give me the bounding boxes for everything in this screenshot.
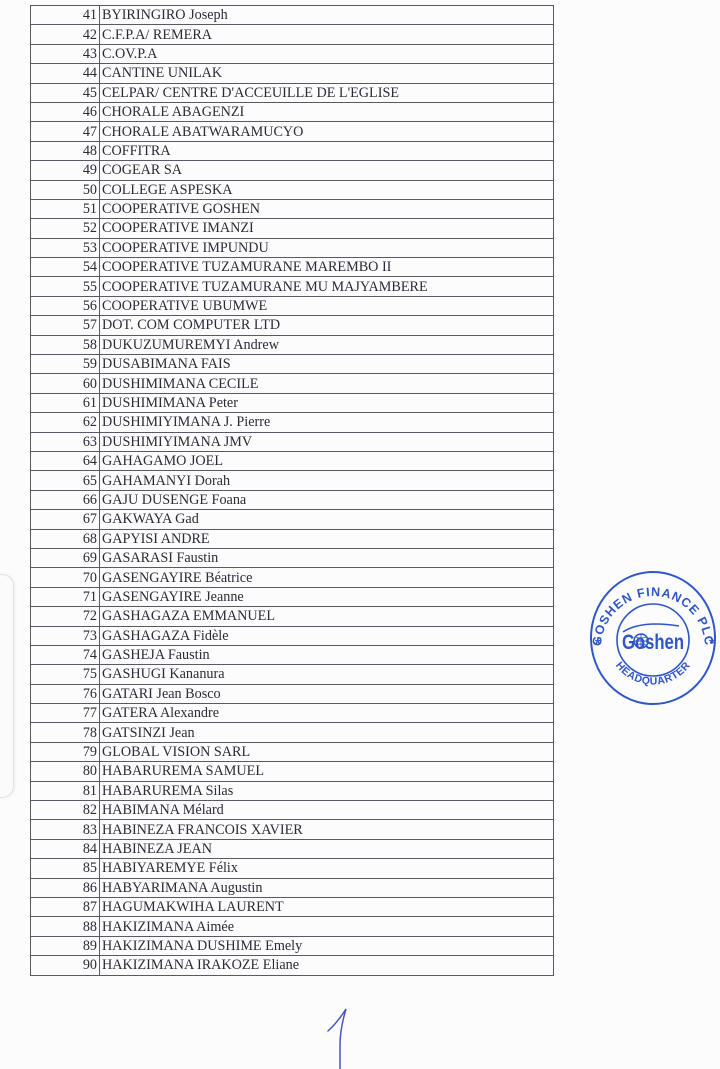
- row-number: 51: [31, 199, 100, 218]
- row-name: HABIYAREMYE Félix: [100, 859, 554, 878]
- table-row: 85HABIYAREMYE Félix: [31, 859, 554, 878]
- row-number: 83: [31, 820, 100, 839]
- stamp-logo-text: Goshen: [622, 631, 684, 654]
- row-number: 68: [31, 529, 100, 548]
- row-name: COOPERATIVE GOSHEN: [100, 199, 554, 218]
- row-number: 47: [31, 122, 100, 141]
- table-row: 57DOT. COM COMPUTER LTD: [31, 316, 554, 335]
- row-name: DUKUZUMUREMYI Andrew: [100, 335, 554, 354]
- table-row: 75GASHUGI Kananura: [31, 665, 554, 684]
- row-number: 60: [31, 374, 100, 393]
- table-row: 48COFFITRA: [31, 141, 554, 160]
- table-row: 74GASHEJA Faustin: [31, 645, 554, 664]
- row-number: 59: [31, 355, 100, 374]
- table-row: 69GASARASI Faustin: [31, 548, 554, 567]
- table-row: 59DUSABIMANA FAIS: [31, 355, 554, 374]
- row-name: GATSINZI Jean: [100, 723, 554, 742]
- row-name: COGEAR SA: [100, 161, 554, 180]
- table-row: 80HABARUREMA SAMUEL: [31, 762, 554, 781]
- row-name: CHORALE ABAGENZI: [100, 102, 554, 121]
- row-name: GLOBAL VISION SARL: [100, 742, 554, 761]
- row-number: 44: [31, 64, 100, 83]
- row-number: 76: [31, 684, 100, 703]
- row-number: 54: [31, 258, 100, 277]
- table-row: 86HABYARIMANA Augustin: [31, 878, 554, 897]
- table-row: 62DUSHIMIYIMANA J. Pierre: [31, 413, 554, 432]
- table-row: 66GAJU DUSENGE Foana: [31, 490, 554, 509]
- row-name: HAKIZIMANA DUSHIME Emely: [100, 936, 554, 955]
- table-row: 64GAHAGAMO JOEL: [31, 451, 554, 470]
- row-name: COFFITRA: [100, 141, 554, 160]
- row-number: 87: [31, 897, 100, 916]
- row-number: 66: [31, 490, 100, 509]
- table-row: 81HABARUREMA Silas: [31, 781, 554, 800]
- table-row: 65GAHAMANYI Dorah: [31, 471, 554, 490]
- row-name: CANTINE UNILAK: [100, 64, 554, 83]
- row-number: 85: [31, 859, 100, 878]
- table-row: 73GASHAGAZA Fidèle: [31, 626, 554, 645]
- row-number: 55: [31, 277, 100, 296]
- row-name: HABIMANA Mélard: [100, 801, 554, 820]
- table-row: 71GASENGAYIRE Jeanne: [31, 587, 554, 606]
- row-name: HABARUREMA SAMUEL: [100, 762, 554, 781]
- row-number: 74: [31, 645, 100, 664]
- row-number: 46: [31, 102, 100, 121]
- row-number: 56: [31, 296, 100, 315]
- table-row: 42C.F.P.A/ REMERA: [31, 25, 554, 44]
- row-number: 75: [31, 665, 100, 684]
- table-body: 41BYIRINGIRO Joseph42C.F.P.A/ REMERA43C.…: [31, 6, 554, 976]
- table-row: 46CHORALE ABAGENZI: [31, 102, 554, 121]
- row-number: 77: [31, 704, 100, 723]
- table-row: 88HAKIZIMANA Aimée: [31, 917, 554, 936]
- row-number: 67: [31, 510, 100, 529]
- row-name: HABYARIMANA Augustin: [100, 878, 554, 897]
- row-number: 52: [31, 219, 100, 238]
- row-number: 49: [31, 161, 100, 180]
- table-row: 49COGEAR SA: [31, 161, 554, 180]
- row-number: 88: [31, 917, 100, 936]
- side-panel-handle[interactable]: [0, 574, 14, 798]
- row-number: 81: [31, 781, 100, 800]
- table-row: 78GATSINZI Jean: [31, 723, 554, 742]
- table-row: 43C.OV.P.A: [31, 44, 554, 63]
- row-number: 78: [31, 723, 100, 742]
- table-row: 82HABIMANA Mélard: [31, 801, 554, 820]
- row-name: GASHUGI Kananura: [100, 665, 554, 684]
- row-number: 73: [31, 626, 100, 645]
- row-number: 89: [31, 936, 100, 955]
- row-number: 69: [31, 548, 100, 567]
- row-number: 84: [31, 839, 100, 858]
- row-name: DUSHIMIYIMANA J. Pierre: [100, 413, 554, 432]
- row-number: 50: [31, 180, 100, 199]
- stamp-bottom-text: HEADQUARTER: [613, 660, 693, 688]
- row-number: 48: [31, 141, 100, 160]
- table-row: 47CHORALE ABATWARAMUCYO: [31, 122, 554, 141]
- table-row: 45CELPAR/ CENTRE D'ACCEUILLE DE L'EGLISE: [31, 83, 554, 102]
- row-name: DUSHIMIMANA CECILE: [100, 374, 554, 393]
- row-name: GASHAGAZA EMMANUEL: [100, 607, 554, 626]
- row-name: COOPERATIVE IMANZI: [100, 219, 554, 238]
- table-row: 77GATERA Alexandre: [31, 704, 554, 723]
- row-name: GASENGAYIRE Jeanne: [100, 587, 554, 606]
- row-number: 62: [31, 413, 100, 432]
- row-name: C.F.P.A/ REMERA: [100, 25, 554, 44]
- stamp-star-right: *: [709, 635, 715, 651]
- row-name: GAPYISI ANDRE: [100, 529, 554, 548]
- row-number: 43: [31, 44, 100, 63]
- row-name: DUSABIMANA FAIS: [100, 355, 554, 374]
- row-name: HAKIZIMANA Aimée: [100, 917, 554, 936]
- row-name: DUSHIMIYIMANA JMV: [100, 432, 554, 451]
- table-row: 67GAKWAYA Gad: [31, 510, 554, 529]
- row-number: 90: [31, 956, 100, 975]
- table-row: 52COOPERATIVE IMANZI: [31, 219, 554, 238]
- table-row: 70GASENGAYIRE Béatrice: [31, 568, 554, 587]
- table-row: 63DUSHIMIYIMANA JMV: [31, 432, 554, 451]
- row-name: GASENGAYIRE Béatrice: [100, 568, 554, 587]
- row-name: HAGUMAKWIHA LAURENT: [100, 897, 554, 916]
- table-row: 56COOPERATIVE UBUMWE: [31, 296, 554, 315]
- table-row: 53COOPERATIVE IMPUNDU: [31, 238, 554, 257]
- row-name: GATERA Alexandre: [100, 704, 554, 723]
- table-row: 79GLOBAL VISION SARL: [31, 742, 554, 761]
- company-stamp: GOSHEN FINANCE PLC HEADQUARTER * * Goshe…: [583, 560, 719, 710]
- table-row: 61DUSHIMIMANA Peter: [31, 393, 554, 412]
- customer-list-table: 41BYIRINGIRO Joseph42C.F.P.A/ REMERA43C.…: [30, 5, 554, 976]
- row-number: 64: [31, 451, 100, 470]
- table-row: 84HABINEZA JEAN: [31, 839, 554, 858]
- row-number: 65: [31, 471, 100, 490]
- row-number: 72: [31, 607, 100, 626]
- row-name: C.OV.P.A: [100, 44, 554, 63]
- row-number: 42: [31, 25, 100, 44]
- row-number: 61: [31, 393, 100, 412]
- row-name: GASARASI Faustin: [100, 548, 554, 567]
- row-name: COOPERATIVE IMPUNDU: [100, 238, 554, 257]
- table-row: 41BYIRINGIRO Joseph: [31, 6, 554, 25]
- row-name: HAKIZIMANA IRAKOZE Eliane: [100, 956, 554, 975]
- table-row: 54COOPERATIVE TUZAMURANE MAREMBO II: [31, 258, 554, 277]
- row-name: GAKWAYA Gad: [100, 510, 554, 529]
- row-number: 80: [31, 762, 100, 781]
- row-number: 53: [31, 238, 100, 257]
- svg-text:HEADQUARTER: HEADQUARTER: [613, 660, 693, 688]
- table-row: 90HAKIZIMANA IRAKOZE Eliane: [31, 956, 554, 975]
- stamp-star-left: *: [595, 635, 601, 651]
- table-row: 72GASHAGAZA EMMANUEL: [31, 607, 554, 626]
- row-name: DUSHIMIMANA Peter: [100, 393, 554, 412]
- table-row: 44CANTINE UNILAK: [31, 64, 554, 83]
- table-row: 76GATARI Jean Bosco: [31, 684, 554, 703]
- row-name: COOPERATIVE TUZAMURANE MU MAJYAMBERE: [100, 277, 554, 296]
- table-row: 51COOPERATIVE GOSHEN: [31, 199, 554, 218]
- row-name: GASHEJA Faustin: [100, 645, 554, 664]
- row-number: 41: [31, 6, 100, 25]
- row-name: GAHAGAMO JOEL: [100, 451, 554, 470]
- row-name: CHORALE ABATWARAMUCYO: [100, 122, 554, 141]
- row-name: GAJU DUSENGE Foana: [100, 490, 554, 509]
- table-row: 58DUKUZUMUREMYI Andrew: [31, 335, 554, 354]
- table-row: 87HAGUMAKWIHA LAURENT: [31, 897, 554, 916]
- row-name: HABARUREMA Silas: [100, 781, 554, 800]
- table-row: 89HAKIZIMANA DUSHIME Emely: [31, 936, 554, 955]
- row-name: GATARI Jean Bosco: [100, 684, 554, 703]
- row-number: 86: [31, 878, 100, 897]
- row-number: 82: [31, 801, 100, 820]
- page-number-mark: [325, 1005, 355, 1069]
- row-name: DOT. COM COMPUTER LTD: [100, 316, 554, 335]
- table-row: 55COOPERATIVE TUZAMURANE MU MAJYAMBERE: [31, 277, 554, 296]
- row-number: 79: [31, 742, 100, 761]
- row-name: HABINEZA JEAN: [100, 839, 554, 858]
- table-row: 60DUSHIMIMANA CECILE: [31, 374, 554, 393]
- row-name: COOPERATIVE TUZAMURANE MAREMBO II: [100, 258, 554, 277]
- table-row: 83HABINEZA FRANCOIS XAVIER: [31, 820, 554, 839]
- row-number: 70: [31, 568, 100, 587]
- row-name: GAHAMANYI Dorah: [100, 471, 554, 490]
- table-row: 50COLLEGE ASPESKA: [31, 180, 554, 199]
- row-name: COLLEGE ASPESKA: [100, 180, 554, 199]
- row-number: 63: [31, 432, 100, 451]
- row-name: CELPAR/ CENTRE D'ACCEUILLE DE L'EGLISE: [100, 83, 554, 102]
- table-row: 68GAPYISI ANDRE: [31, 529, 554, 548]
- row-name: BYIRINGIRO Joseph: [100, 6, 554, 25]
- row-number: 45: [31, 83, 100, 102]
- row-name: GASHAGAZA Fidèle: [100, 626, 554, 645]
- row-number: 71: [31, 587, 100, 606]
- row-number: 58: [31, 335, 100, 354]
- row-name: COOPERATIVE UBUMWE: [100, 296, 554, 315]
- row-number: 57: [31, 316, 100, 335]
- row-name: HABINEZA FRANCOIS XAVIER: [100, 820, 554, 839]
